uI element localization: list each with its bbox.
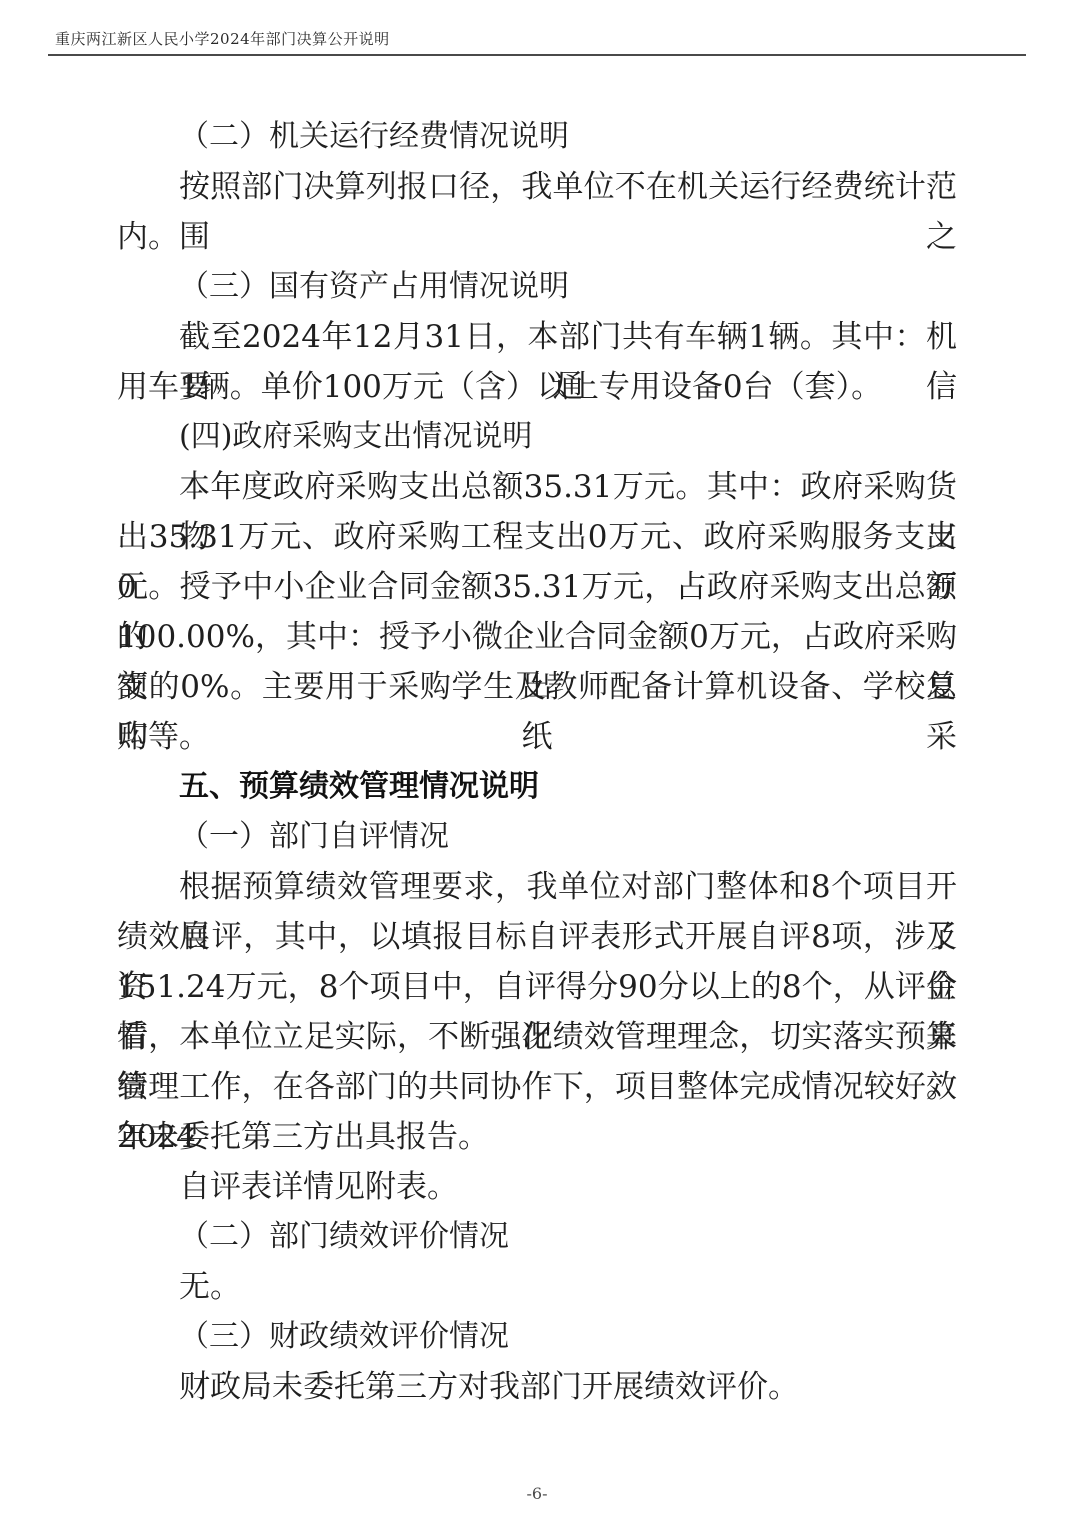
paragraph-line: 截至2024年12月31日，本部门共有车辆1辆。其中：机要通信: [117, 312, 957, 362]
paragraph-line: 元。授予中小企业合同金额35.31万元，占政府采购支出总额的: [117, 562, 957, 612]
paragraph-line: 自评表详情见附表。: [117, 1162, 957, 1212]
subsection-heading: (四)政府采购支出情况说明: [117, 412, 957, 462]
paragraph-line: 财政局未委托第三方对我部门开展绩效评价。: [117, 1362, 957, 1412]
subsection-heading: （三）财政绩效评价情况: [117, 1312, 957, 1362]
page-header: 重庆两江新区人民小学2024年部门决算公开说明: [48, 30, 1026, 56]
subsection-heading: （二）部门绩效评价情况: [117, 1212, 957, 1262]
page-number: -6-: [527, 1484, 548, 1503]
section-heading: 五、预算绩效管理情况说明: [117, 762, 957, 812]
paragraph-line: 出35.31万元、政府采购工程支出0万元、政府采购服务支出0万: [117, 512, 957, 562]
page-footer: -6-: [0, 1484, 1074, 1504]
paragraph-line: 年未委托第三方出具报告。: [117, 1112, 957, 1162]
paragraph-line: 看，本单位立足实际，不断强化绩效管理理念，切实落实预算绩效: [117, 1012, 957, 1062]
subsection-heading: （一）部门自评情况: [117, 812, 957, 862]
paragraph-line: 额的0%。主要用于采购学生及教师配备计算机设备、学校复印纸采: [117, 662, 957, 712]
paragraph-line: 管理工作，在各部门的共同协作下，项目整体完成情况较好。2024: [117, 1062, 957, 1112]
paragraph-line: 无。: [117, 1262, 957, 1312]
paragraph-line: 100.00%，其中：授予小微企业合同金额0万元，占政府采购支出总: [117, 612, 957, 662]
document-page: 重庆两江新区人民小学2024年部门决算公开说明 （二）机关运行经费情况说明 按照…: [0, 0, 1074, 1520]
header-title: 重庆两江新区人民小学2024年部门决算公开说明: [48, 30, 1026, 48]
subsection-heading: （三）国有资产占用情况说明: [117, 262, 957, 312]
paragraph-line: 按照部门决算列报口径，我单位不在机关运行经费统计范围之: [117, 162, 957, 212]
paragraph-line: 151.24万元，8个项目中，自评得分90分以上的8个，从评价情况来: [117, 962, 957, 1012]
document-body: （二）机关运行经费情况说明 按照部门决算列报口径，我单位不在机关运行经费统计范围…: [117, 112, 957, 1412]
subsection-heading: （二）机关运行经费情况说明: [117, 112, 957, 162]
paragraph-line: 根据预算绩效管理要求，我单位对部门整体和8个项目开展了: [117, 862, 957, 912]
paragraph-line: 绩效自评，其中，以填报目标自评表形式开展自评8项，涉及资金: [117, 912, 957, 962]
paragraph-line: 用车1辆。单价100万元（含）以上专用设备0台（套）。: [117, 362, 957, 412]
paragraph-line: 本年度政府采购支出总额35.31万元。其中：政府采购货物支: [117, 462, 957, 512]
